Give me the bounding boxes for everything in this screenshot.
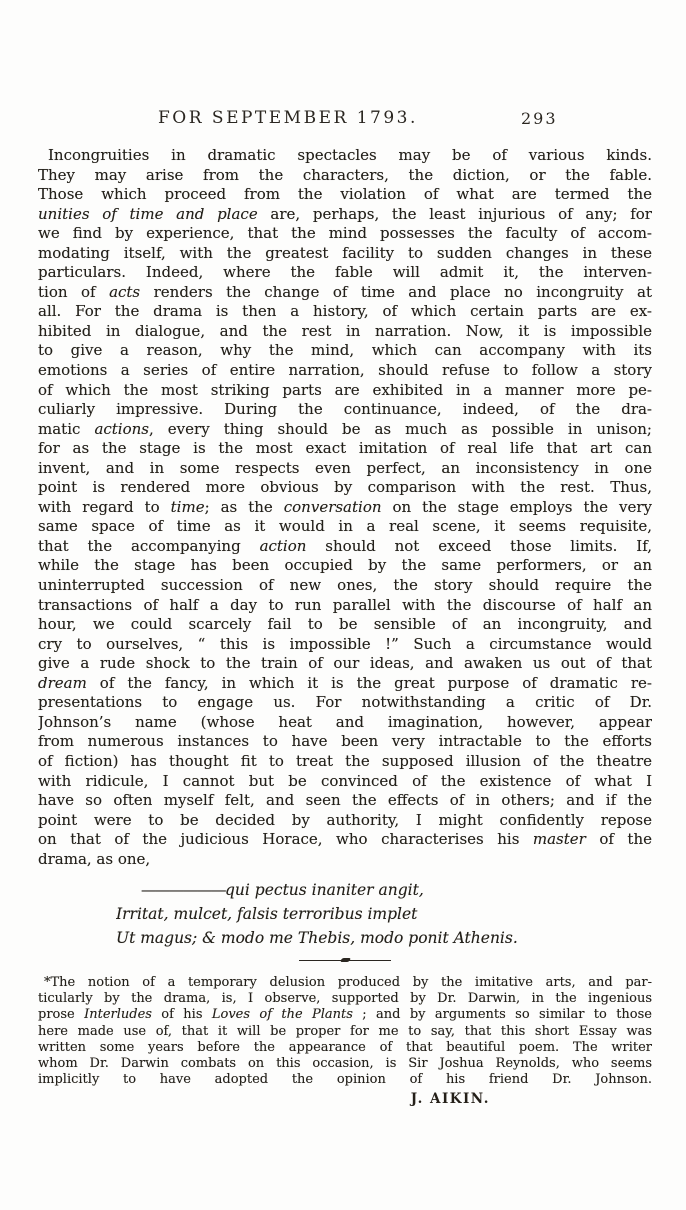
text-segment: should not exceed those limits. If, — [306, 537, 652, 555]
text-segment: They may arise from the characters, the … — [38, 166, 652, 184]
page-number: 293 — [521, 109, 558, 128]
italic-text: acts — [109, 283, 140, 301]
text-segment: for as the stage is the most exact imita… — [38, 439, 652, 457]
text-line: hibited in dialogue, and the rest in nar… — [38, 322, 652, 342]
italic-text: conversation — [284, 498, 382, 516]
text-line: with ridicule, I cannot but be convinced… — [38, 772, 652, 792]
body-paragraph: Incongruities in dramatic spectacles may… — [38, 146, 652, 869]
text-line: Johnson’s name (whose heat and imaginati… — [38, 713, 652, 733]
text-segment: with regard to — [38, 498, 171, 516]
text-line: modating itself, with the greatest facil… — [38, 244, 652, 264]
text-line: point were to be decided by authority, I… — [38, 811, 652, 831]
italic-text: action — [260, 537, 307, 555]
text-segment: matic — [38, 420, 94, 438]
italic-text: actions — [94, 420, 149, 438]
text-line: culiarly impressive. During the continua… — [38, 400, 652, 420]
text-line: point is rendered more obvious by compar… — [38, 478, 652, 498]
text-line: same space of time as it would in a real… — [38, 517, 652, 537]
text-segment: particulars. Indeed, where the fable wil… — [38, 263, 652, 281]
text-segment: point were to be decided by authority, I… — [38, 811, 652, 829]
italic-text: Irritat, mulcet, falsis terroribus imple… — [116, 905, 417, 923]
text-line: transactions of half a day to run parall… — [38, 596, 652, 616]
text-segment: transactions of half a day to run parall… — [38, 596, 652, 614]
text-line: uninterrupted succession of new ones, th… — [38, 576, 652, 596]
text-line: invent, and in some respects even perfec… — [38, 459, 652, 479]
text-line: to give a reason, why the mind, which ca… — [38, 341, 652, 361]
text-segment: here made use of, that it will be proper… — [38, 1024, 652, 1039]
text-segment: drama, as one, — [38, 850, 150, 868]
text-segment: ; and by arguments so similar to those — [353, 1007, 652, 1022]
text-line: ticularly by the drama, is, I observe, s… — [38, 991, 652, 1007]
text-segment: emotions a series of entire narration, s… — [38, 361, 652, 379]
text-line: with regard to time; as the conversation… — [38, 498, 652, 518]
text-segment: on the stage employs the very — [382, 498, 652, 516]
text-segment: of the — [586, 830, 652, 848]
text-line: Those which proceed from the violation o… — [38, 185, 652, 205]
text-segment: renders the change of time and place no … — [140, 283, 652, 301]
text-segment: we find by experience, that the mind pos… — [38, 224, 652, 242]
text-line: we find by experience, that the mind pos… — [38, 224, 652, 244]
text-segment: Johnson’s name (whose heat and imaginati… — [38, 713, 652, 731]
text-segment: to give a reason, why the mind, which ca… — [38, 341, 652, 359]
text-line: Incongruities in dramatic spectacles may… — [38, 146, 652, 166]
text-line: particulars. Indeed, where the fable wil… — [38, 263, 652, 283]
text-segment: prose — [38, 1007, 84, 1022]
text-segment: culiarly impressive. During the continua… — [38, 400, 652, 418]
text-line: drama, as one, — [38, 850, 652, 870]
text-line: *The notion of a temporary delusion prod… — [38, 975, 652, 991]
text-segment: of fiction) has thought fit to treat the… — [38, 752, 652, 770]
text-segment: of which the most striking parts are exh… — [38, 381, 652, 399]
text-line: whom Dr. Darwin combats on this occasion… — [38, 1056, 652, 1072]
text-segment: tion of — [38, 283, 109, 301]
text-line: of fiction) has thought fit to treat the… — [38, 752, 652, 772]
text-line: of which the most striking parts are exh… — [38, 381, 652, 401]
page-header: FOR SEPTEMBER 1793. 293 — [0, 108, 686, 134]
text-line: that the accompanying action should not … — [38, 537, 652, 557]
text-segment: ticularly by the drama, is, I observe, s… — [38, 991, 652, 1006]
text-line: emotions a series of entire narration, s… — [38, 361, 652, 381]
italic-text: unities of time and place — [38, 205, 258, 223]
text-line: dream of the fancy, in which it is the g… — [38, 674, 652, 694]
text-line: give a rude shock to the train of our id… — [38, 654, 652, 674]
italic-text: qui pectus inaniter angit, — [225, 881, 424, 899]
text-line: hour, we could scarcely fail to be sensi… — [38, 615, 652, 635]
text-segment: Those which proceed from the violation o… — [38, 185, 652, 203]
text-line: Ut magus; & modo me Thebis, modo ponit A… — [116, 926, 652, 950]
italic-text: Interludes — [84, 1007, 152, 1022]
text-segment: of the fancy, in which it is the great p… — [87, 674, 652, 692]
italic-text: Ut magus; & modo me Thebis, modo ponit A… — [116, 929, 518, 947]
text-line: tion of acts renders the change of time … — [38, 283, 652, 303]
text-segment: on that of the judicious Horace, who cha… — [38, 830, 533, 848]
text-line: ——————qui pectus inaniter angit, — [141, 878, 652, 902]
text-line: written some years before the appearance… — [38, 1040, 652, 1056]
text-line: from numerous instances to have been ver… — [38, 732, 652, 752]
text-line: presentations to engage us. For notwiths… — [38, 693, 652, 713]
page-content: Incongruities in dramatic spectacles may… — [38, 146, 652, 1107]
text-segment: hour, we could scarcely fail to be sensi… — [38, 615, 652, 633]
text-segment: uninterrupted succession of new ones, th… — [38, 576, 652, 594]
italic-text: time — [171, 498, 205, 516]
scanned-page: FOR SEPTEMBER 1793. 293 Incongruities in… — [0, 0, 686, 1210]
text-segment: , every thing should be as much as possi… — [149, 420, 652, 438]
text-segment: presentations to engage us. For notwiths… — [38, 693, 652, 711]
text-segment: are, perhaps, the least injurious of any… — [258, 205, 652, 223]
text-line: for as the stage is the most exact imita… — [38, 439, 652, 459]
running-title: FOR SEPTEMBER 1793. — [158, 108, 418, 128]
text-segment: modating itself, with the greatest facil… — [38, 244, 652, 262]
text-segment: invent, and in some respects even perfec… — [38, 459, 652, 477]
text-segment: same space of time as it would in a real… — [38, 517, 652, 535]
text-segment: while the stage has been occupied by the… — [38, 556, 652, 574]
text-segment: hibited in dialogue, and the rest in nar… — [38, 322, 652, 340]
author-signature: J. AIKIN. — [38, 1091, 652, 1107]
verse-dash: —————— — [141, 881, 225, 899]
text-segment: Incongruities in dramatic spectacles may… — [48, 146, 652, 164]
text-segment: implicitly to have adopted the opinion o… — [38, 1072, 652, 1087]
text-segment: whom Dr. Darwin combats on this occasion… — [38, 1056, 652, 1071]
text-segment: written some years before the appearance… — [38, 1040, 652, 1055]
text-line: implicitly to have adopted the opinion o… — [38, 1072, 652, 1088]
text-segment: of his — [152, 1007, 212, 1022]
text-line: Irritat, mulcet, falsis terroribus imple… — [116, 902, 652, 926]
text-line: prose Interludes of his Loves of the Pla… — [38, 1007, 652, 1023]
separator-ornament — [299, 958, 391, 963]
text-segment: ; as the — [205, 498, 284, 516]
text-line: all. For the drama is then a history, of… — [38, 302, 652, 322]
text-line: They may arise from the characters, the … — [38, 166, 652, 186]
text-line: unities of time and place are, perhaps, … — [38, 205, 652, 225]
text-line: have so often myself felt, and seen the … — [38, 791, 652, 811]
italic-text: dream — [38, 674, 87, 692]
text-segment: have so often myself felt, and seen the … — [38, 791, 652, 809]
text-segment: from numerous instances to have been ver… — [38, 732, 652, 750]
text-segment: all. For the drama is then a history, of… — [38, 302, 652, 320]
footnote-block: *The notion of a temporary delusion prod… — [38, 975, 652, 1088]
text-segment: that the accompanying — [38, 537, 260, 555]
text-segment: *The notion of a temporary delusion prod… — [44, 975, 652, 990]
italic-text: master — [533, 830, 586, 848]
text-line: cry to ourselves, “ this is impossible !… — [38, 635, 652, 655]
text-line: matic actions, every thing should be as … — [38, 420, 652, 440]
text-line: here made use of, that it will be proper… — [38, 1024, 652, 1040]
text-segment: give a rude shock to the train of our id… — [38, 654, 652, 672]
text-line: while the stage has been occupied by the… — [38, 556, 652, 576]
verse-block: ——————qui pectus inaniter angit,Irritat,… — [38, 878, 652, 950]
italic-text: Loves of the Plants — [212, 1007, 353, 1022]
text-segment: with ridicule, I cannot but be convinced… — [38, 772, 652, 790]
text-line: on that of the judicious Horace, who cha… — [38, 830, 652, 850]
text-segment: cry to ourselves, “ this is impossible !… — [38, 635, 652, 653]
text-segment: point is rendered more obvious by compar… — [38, 478, 652, 496]
